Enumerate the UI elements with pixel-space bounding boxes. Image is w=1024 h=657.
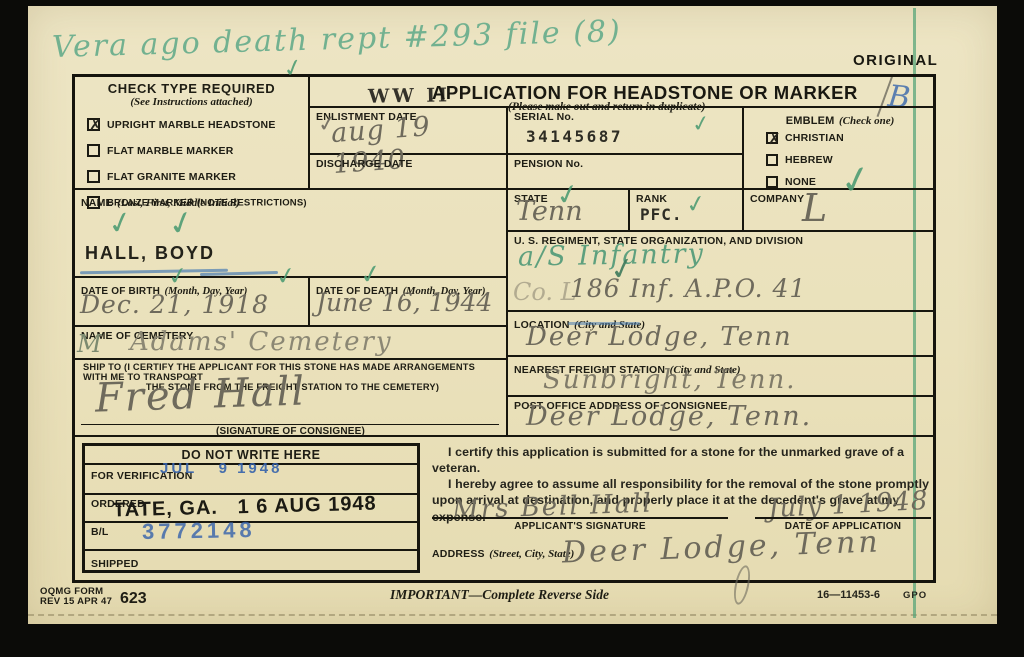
cemetery-cell: NAME OF CEMETERY M Adams' Cemetery	[75, 327, 508, 360]
application-date-rule	[755, 517, 931, 519]
option-label: FLAT GRANITE MARKER	[107, 171, 236, 183]
company-value: L	[802, 186, 827, 230]
check-type-title: CHECK TYPE REQUIRED	[75, 81, 308, 96]
form-rev: REV 15 APR 47	[40, 597, 112, 607]
emblem-title-paren: (Check one)	[839, 115, 894, 127]
option-label: UPRIGHT MARBLE HEADSTONE	[107, 119, 276, 131]
name-value: HALL, BOYD	[85, 243, 215, 264]
checkbox-hebrew	[766, 154, 778, 166]
location-value: Deer Lodge, Tenn	[526, 322, 793, 352]
death-date-value: June 16, 1944	[316, 288, 492, 317]
address-label: ADDRESS	[432, 548, 485, 560]
regiment-line2-faint: Co. L	[513, 278, 577, 306]
emblem-title: EMBLEM	[786, 115, 835, 127]
title-row: WW II APPLICATION FOR HEADSTONE OR MARKE…	[310, 77, 936, 108]
signature-rule	[81, 424, 499, 425]
regiment-line2: 186 Inf. A.P.O. 41	[570, 274, 806, 303]
bl-number-stamp: 3772148	[142, 517, 256, 545]
verification-date-stamp: JUL 9 1948	[160, 460, 282, 477]
check-mark: ✓	[316, 111, 338, 138]
original-label: ORIGINAL	[853, 52, 938, 69]
checkbox-christian: ✗	[766, 132, 778, 144]
option-label: HEBREW	[785, 154, 833, 166]
gpo-label: GPO	[903, 590, 927, 601]
checkbox-none	[766, 176, 778, 188]
po-address-value: Deer Lodge, Tenn.	[526, 401, 812, 432]
checkbox-flat-marble	[87, 144, 100, 157]
print-code: 16—11453-6	[817, 589, 880, 601]
consignee-signature-value: Fred Hall	[94, 368, 307, 421]
form-id: OQMG FORM REV 15 APR 47	[40, 587, 112, 608]
blue-strike	[568, 322, 640, 325]
shipped-row: SHIPPED	[91, 554, 139, 572]
bl-row-label: B/L	[91, 526, 109, 538]
option-upright-marble-headstone: ✗UPRIGHT MARBLE HEADSTONE	[87, 116, 308, 134]
option-christian: ✗CHRISTIAN	[766, 129, 936, 147]
company-label: COMPANY	[744, 190, 936, 208]
freight-station-cell: NEAREST FREIGHT STATION (City and State)…	[508, 357, 936, 397]
shipped-row-label: SHIPPED	[91, 558, 139, 570]
option-label: CHRISTIAN	[785, 132, 844, 144]
cemetery-value: Adams' Cemetery	[130, 327, 393, 357]
birth-date-cell: DATE OF BIRTH (Month, Day, Year) Dec. 21…	[75, 278, 310, 327]
option-flat-granite-marker: FLAT GRANITE MARKER	[87, 168, 308, 186]
applicant-signature-rule	[432, 517, 728, 519]
name-label: NAME	[81, 197, 113, 209]
option-flat-marble-marker: FLAT MARBLE MARKER	[87, 142, 308, 160]
consignee-signature-caption: (SIGNATURE OF CONSIGNEE)	[75, 426, 506, 437]
location-cell: LOCATION (City and State) Deer Lodge, Te…	[508, 312, 936, 357]
scanned-form-page: Vera ago death rept #293 file (8) ORIGIN…	[0, 0, 1024, 657]
rank-value: PFC.	[640, 205, 683, 224]
regiment-cell: U. S. REGIMENT, STATE ORGANIZATION, AND …	[508, 232, 936, 312]
certification-para1: I certify this application is submitted …	[432, 444, 932, 476]
checkbox-flat-granite	[87, 170, 100, 183]
checkbox-upright-marble: ✗	[87, 118, 100, 131]
company-cell: COMPANY L	[744, 190, 936, 232]
discharge-date-label: DISCHARGE DATE	[310, 155, 506, 173]
birth-date-value: Dec. 21, 1918	[80, 290, 269, 319]
freight-station-value: Sunbright, Tenn.	[543, 365, 797, 395]
discharge-date-cell: DISCHARGE DATE	[310, 155, 508, 190]
po-address-cell: POST OFFICE ADDRESS OF CONSIGNEE Deer Lo…	[508, 397, 936, 437]
check-type-subtitle: (See Instructions attached)	[75, 96, 308, 108]
cemetery-margin-mark: M	[77, 330, 102, 358]
check-type-section: CHECK TYPE REQUIRED (See Instructions at…	[75, 77, 310, 190]
ship-to-cell: SHIP TO (I CERTIFY THE APPLICANT FOR THI…	[75, 360, 508, 437]
option-label: FLAT MARBLE MARKER	[107, 145, 233, 157]
serial-no-value: 34145687	[526, 127, 623, 146]
perforation-line	[28, 614, 997, 616]
pension-no-label: PENSION No.	[508, 155, 742, 173]
pension-no-cell: PENSION No.	[508, 155, 744, 190]
important-note: IMPORTANT—Complete Reverse Side	[390, 587, 609, 603]
death-date-cell: DATE OF DEATH (Month, Day, Year) June 16…	[310, 278, 508, 327]
form-number: 623	[120, 590, 147, 608]
enlistment-date-cell: ENLISTMENT DATE aug 19 1940	[310, 108, 508, 155]
address-label-group: ADDRESS (Street, City, State)	[432, 544, 574, 562]
